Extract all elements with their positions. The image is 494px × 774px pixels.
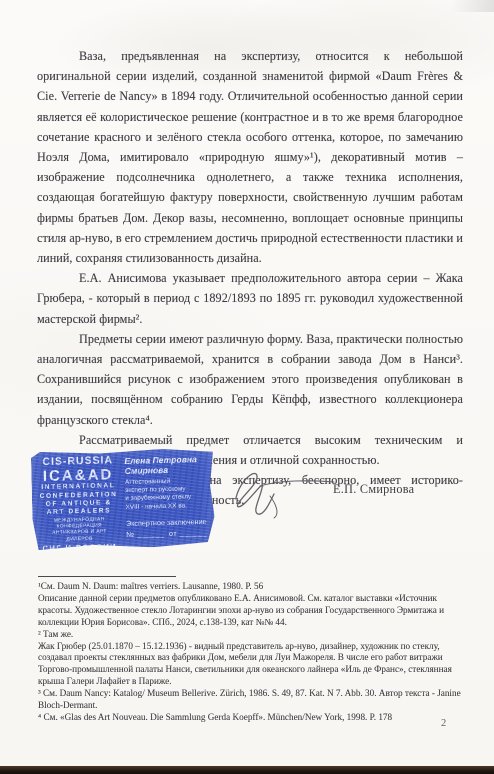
footnotes: ¹См. Daum N. Daum: maîtres verriers. Lau… bbox=[38, 581, 464, 724]
paragraph: Е.А. Анисимова указывает предположительн… bbox=[37, 268, 463, 329]
signatory-name: Е.П. Смирнова bbox=[333, 482, 414, 497]
footnote: ⁴ См. «Glas des Art Nouveau. Die Sammlun… bbox=[38, 712, 464, 724]
stamp-org-name-en: INTERNATIONAL CONFEDERATION OF ANTIQUE &… bbox=[39, 482, 119, 517]
footnote-continuation: Описание данной серии предметов опублико… bbox=[38, 593, 464, 629]
footnote-separator bbox=[38, 576, 176, 577]
expert-stamp-content: CIS-RUSSIA ICA&AD INTERNATIONAL CONFEDER… bbox=[31, 448, 215, 550]
stamp-org-ru-line: СНГ И РОССИИ bbox=[40, 542, 120, 553]
footnote: ³ См. Daum Nancy: Katalog/ Museum Beller… bbox=[38, 688, 464, 712]
stamp-expert-title-line: XVIII - начала XX вв. bbox=[125, 502, 208, 512]
stamp-document-label: Экспертное заключение bbox=[126, 517, 209, 528]
signature bbox=[226, 462, 342, 520]
paragraph: Ваза, предъявленная на экспертизу, относ… bbox=[37, 46, 463, 268]
footnote: ² Там же. bbox=[38, 629, 464, 641]
photo-edge bbox=[0, 766, 494, 774]
stamp-expert-title: Аттестованный эксперт по русскому и зару… bbox=[125, 477, 208, 512]
footnote: ¹См. Daum N. Daum: maîtres verriers. Lau… bbox=[38, 581, 464, 593]
stamp-expert-block: Елена Петровна Смирнова Аттестованный эк… bbox=[124, 453, 209, 544]
paragraph: Предметы серии имеют различную форму. Ва… bbox=[37, 329, 463, 430]
stamp-org-en-line: ART DEALERS bbox=[39, 507, 119, 517]
stamp-expert-name: Елена Петровна Смирнова bbox=[124, 454, 207, 477]
report-text: Ваза, предъявленная на экспертизу, относ… bbox=[37, 46, 463, 511]
footnote-continuation: Жак Грюбер (25.01.1870 – 15.12.1936) - в… bbox=[38, 641, 464, 689]
stamp-organization-block: CIS-RUSSIA ICA&AD INTERNATIONAL CONFEDER… bbox=[38, 455, 120, 546]
stamp-org-name-ru: МЕЖДУНАРОДНАЯ КОНФЕДЕРАЦИЯ АНТИКВАРОВ И … bbox=[39, 517, 119, 553]
page-number: 2 bbox=[441, 718, 446, 729]
expert-stamp: CIS-RUSSIA ICA&AD INTERNATIONAL CONFEDER… bbox=[31, 448, 215, 550]
stamp-document-number-line: № ______ от ______ bbox=[126, 528, 209, 539]
document-photo: Ваза, предъявленная на экспертизу, относ… bbox=[0, 0, 494, 774]
photo-corner-shade bbox=[452, 0, 494, 12]
